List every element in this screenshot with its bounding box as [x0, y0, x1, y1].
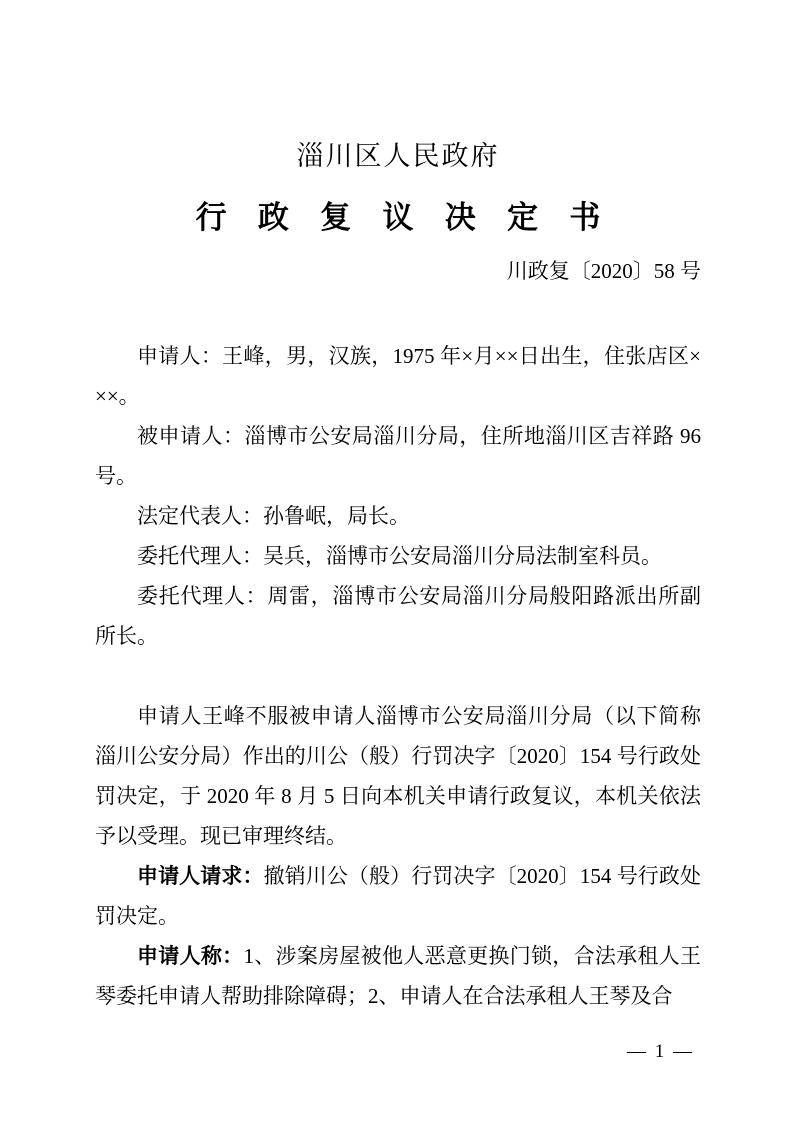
paragraph-text: 法定代表人：孙鲁岷，局长。	[137, 504, 410, 528]
paragraph-agent-1: 委托代理人：吴兵，淄博市公安局淄川分局法制室科员。	[95, 536, 701, 576]
paragraph-claims: 申请人称：1、涉案房屋被他人恶意更换门锁，合法承租人王琴委托申请人帮助排除障碍；…	[95, 936, 701, 1016]
document-content: 淄川区人民政府 行 政 复 议 决 定 书 川政复〔2020〕58 号 申请人：…	[95, 140, 701, 1016]
document-title: 行 政 复 议 决 定 书	[95, 198, 701, 238]
paragraph-text: 申请人王峰不服被申请人淄博市公安局淄川分局（以下简称淄川公安分局）作出的川公（般…	[95, 704, 701, 848]
paragraph-text: 委托代理人：吴兵，淄博市公安局淄川分局法制室科员。	[137, 544, 662, 568]
paragraph-text: 申请人：王峰，男，汉族，1975 年×月××日出生，住张店区×××。	[95, 344, 701, 408]
paragraph-lead: 申请人称：	[137, 944, 243, 968]
document-number: 川政复〔2020〕58 号	[95, 256, 701, 286]
paragraph-lead: 申请人请求：	[137, 864, 264, 888]
paragraph-request: 申请人请求：撤销川公（般）行罚决字〔2020〕154 号行政处罚决定。	[95, 856, 701, 936]
document-body: 申请人：王峰，男，汉族，1975 年×月××日出生，住张店区×××。 被申请人：…	[95, 336, 701, 1016]
document-page: 淄川区人民政府 行 政 复 议 决 定 书 川政复〔2020〕58 号 申请人：…	[0, 0, 794, 1123]
paragraph-respondent: 被申请人：淄博市公安局淄川分局，住所地淄川区吉祥路 96 号。	[95, 416, 701, 496]
paragraph-legal-representative: 法定代表人：孙鲁岷，局长。	[95, 496, 701, 536]
blank-line	[95, 656, 701, 696]
paragraph-text: 被申请人：淄博市公安局淄川分局，住所地淄川区吉祥路 96 号。	[95, 424, 701, 488]
organization-title: 淄川区人民政府	[95, 140, 701, 172]
paragraph-text: 委托代理人：周雷，淄博市公安局淄川分局般阳路派出所副所长。	[95, 584, 701, 648]
paragraph-case-summary: 申请人王峰不服被申请人淄博市公安局淄川分局（以下简称淄川公安分局）作出的川公（般…	[95, 696, 701, 856]
paragraph-agent-2: 委托代理人：周雷，淄博市公安局淄川分局般阳路派出所副所长。	[95, 576, 701, 656]
paragraph-applicant: 申请人：王峰，男，汉族，1975 年×月××日出生，住张店区×××。	[95, 336, 701, 416]
page-number: — 1 —	[627, 1039, 694, 1065]
